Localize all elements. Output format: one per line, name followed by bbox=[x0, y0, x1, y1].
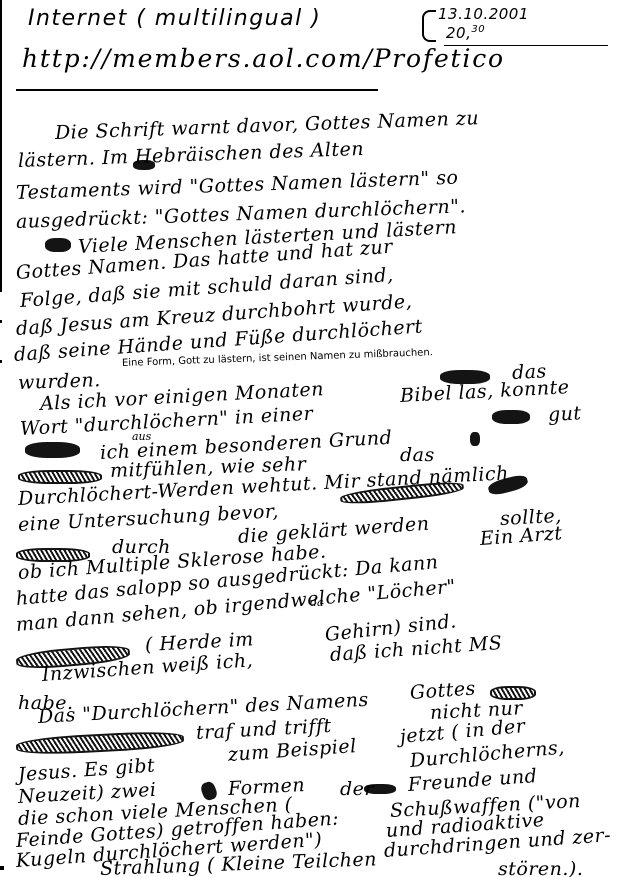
scan-edge-mark bbox=[0, 320, 2, 323]
scanned-handwritten-page: Internet ( multilingual ) http://members… bbox=[0, 0, 638, 877]
crossed-out-word bbox=[470, 432, 480, 446]
scan-edge-mark bbox=[0, 360, 2, 363]
time-hour: 20, bbox=[446, 24, 471, 42]
text-line: Die Schrift warnt davor, Gottes Namen zu bbox=[55, 107, 480, 144]
text-line: stören.). bbox=[498, 858, 583, 877]
crossed-out-word bbox=[133, 160, 155, 170]
crossed-out-word bbox=[25, 442, 80, 458]
scan-edge-line bbox=[0, 0, 2, 292]
crossed-out-word bbox=[18, 470, 102, 484]
document-url: http://members.aol.com/Profetico bbox=[22, 44, 505, 73]
date-bracket bbox=[422, 10, 436, 42]
text-line: Ein Arzt bbox=[479, 522, 563, 550]
crossed-out-word bbox=[45, 238, 71, 252]
date-text: 13.10.2001 bbox=[438, 5, 529, 23]
document-title: Internet ( multilingual ) bbox=[28, 6, 321, 31]
crossed-out-word bbox=[364, 784, 396, 794]
url-underline bbox=[16, 89, 378, 91]
crossed-out-word bbox=[16, 730, 185, 757]
text-line: gut bbox=[547, 402, 582, 426]
text-line: das bbox=[400, 444, 435, 466]
scan-edge-mark bbox=[0, 866, 4, 870]
crossed-out-word bbox=[492, 410, 530, 424]
date-underline bbox=[444, 45, 608, 46]
time-minutes: 30 bbox=[471, 24, 485, 35]
time-text: 20,30 bbox=[446, 24, 485, 42]
text-line: Bibel las, konnte bbox=[399, 376, 570, 407]
